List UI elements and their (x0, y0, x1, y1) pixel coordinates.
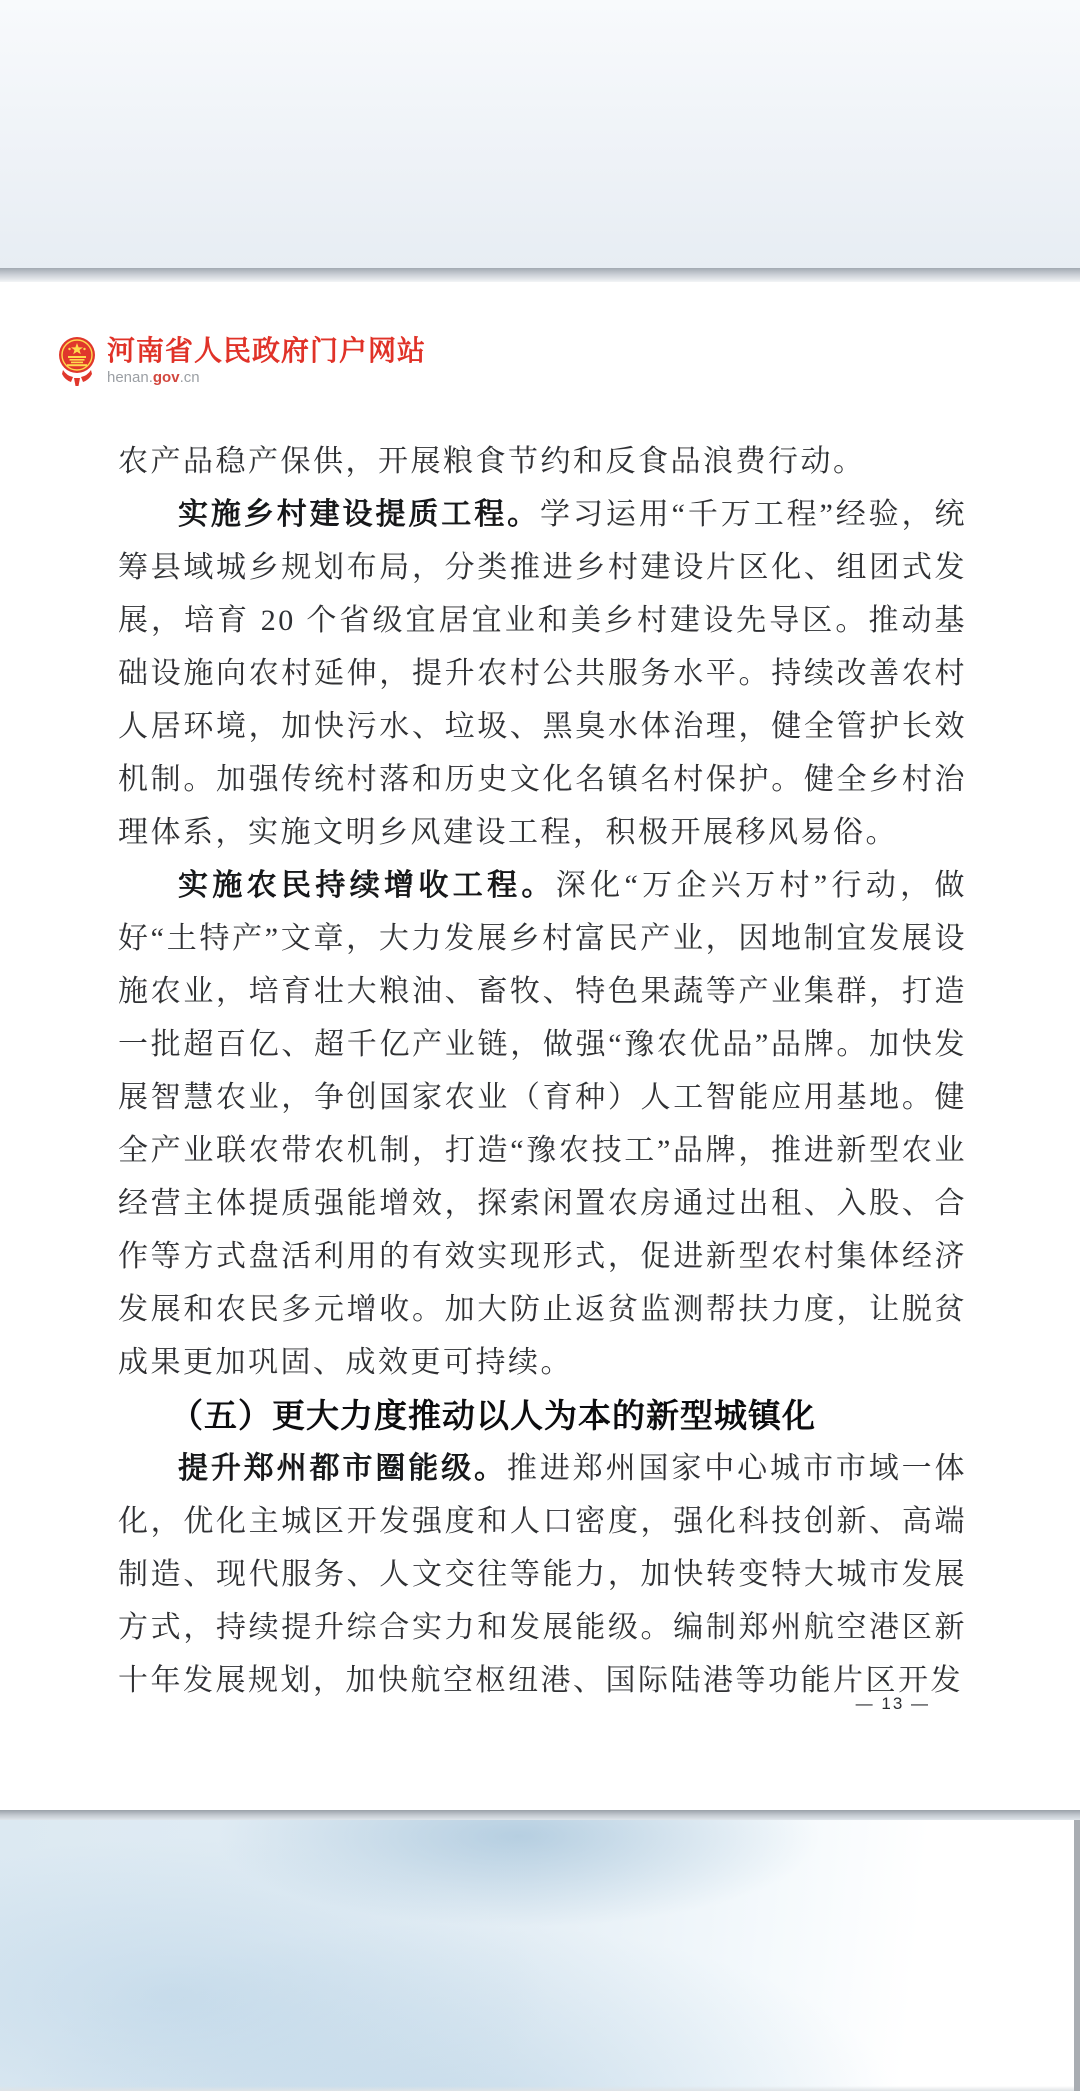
national-emblem-icon (57, 336, 97, 392)
document-page: 河南省人民政府门户网站 henan.gov.cn 农产品稳产保供，开展粮食节约和… (0, 282, 1080, 1810)
next-page-top (0, 1820, 1080, 2091)
previous-page-bottom (0, 0, 1080, 268)
pdf-viewer: 河南省人民政府门户网站 henan.gov.cn 农产品稳产保供，开展粮食节约和… (0, 0, 1080, 2091)
url-prefix: henan. (107, 369, 153, 386)
paragraph: 农产品稳产保供，开展粮食节约和反食品浪费行动。 (118, 435, 967, 488)
url-gov: gov (153, 369, 180, 386)
paragraph-lead: 实施乡村建设提质工程。 (178, 498, 540, 531)
paragraph-lead: 提升郑州都市圈能级。 (178, 1452, 507, 1485)
scrollbar-track[interactable] (1074, 1820, 1080, 2091)
paragraph: 实施乡村建设提质工程。学习运用“千万工程”经验，统筹县域城乡规划布局，分类推进乡… (118, 488, 967, 859)
section-heading: （五）更大力度推动以人为本的新型城镇化 (118, 1389, 967, 1442)
page-texture-edge (0, 2086, 1080, 2091)
site-title-block: 河南省人民政府门户网站 henan.gov.cn (107, 336, 426, 386)
paragraph: 实施农民持续增收工程。深化“万企兴万村”行动，做好“土特产”文章，大力发展乡村富… (118, 859, 967, 1389)
site-url: henan.gov.cn (107, 369, 426, 386)
page-number: — 13 — (856, 1694, 930, 1714)
paragraph: 提升郑州都市圈能级。推进郑州国家中心城市市域一体化，优化主城区开发强度和人口密度… (118, 1442, 967, 1707)
page-shadow-divider (0, 1810, 1080, 1820)
site-name: 河南省人民政府门户网站 (107, 336, 426, 366)
url-suffix: .cn (180, 369, 200, 386)
document-body: 农产品稳产保供，开展粮食节约和反食品浪费行动。实施乡村建设提质工程。学习运用“千… (118, 435, 967, 1707)
site-header: 河南省人民政府门户网站 henan.gov.cn (57, 336, 426, 392)
paragraph-lead: 实施农民持续增收工程。 (178, 869, 556, 902)
page-shadow-divider (0, 268, 1080, 282)
